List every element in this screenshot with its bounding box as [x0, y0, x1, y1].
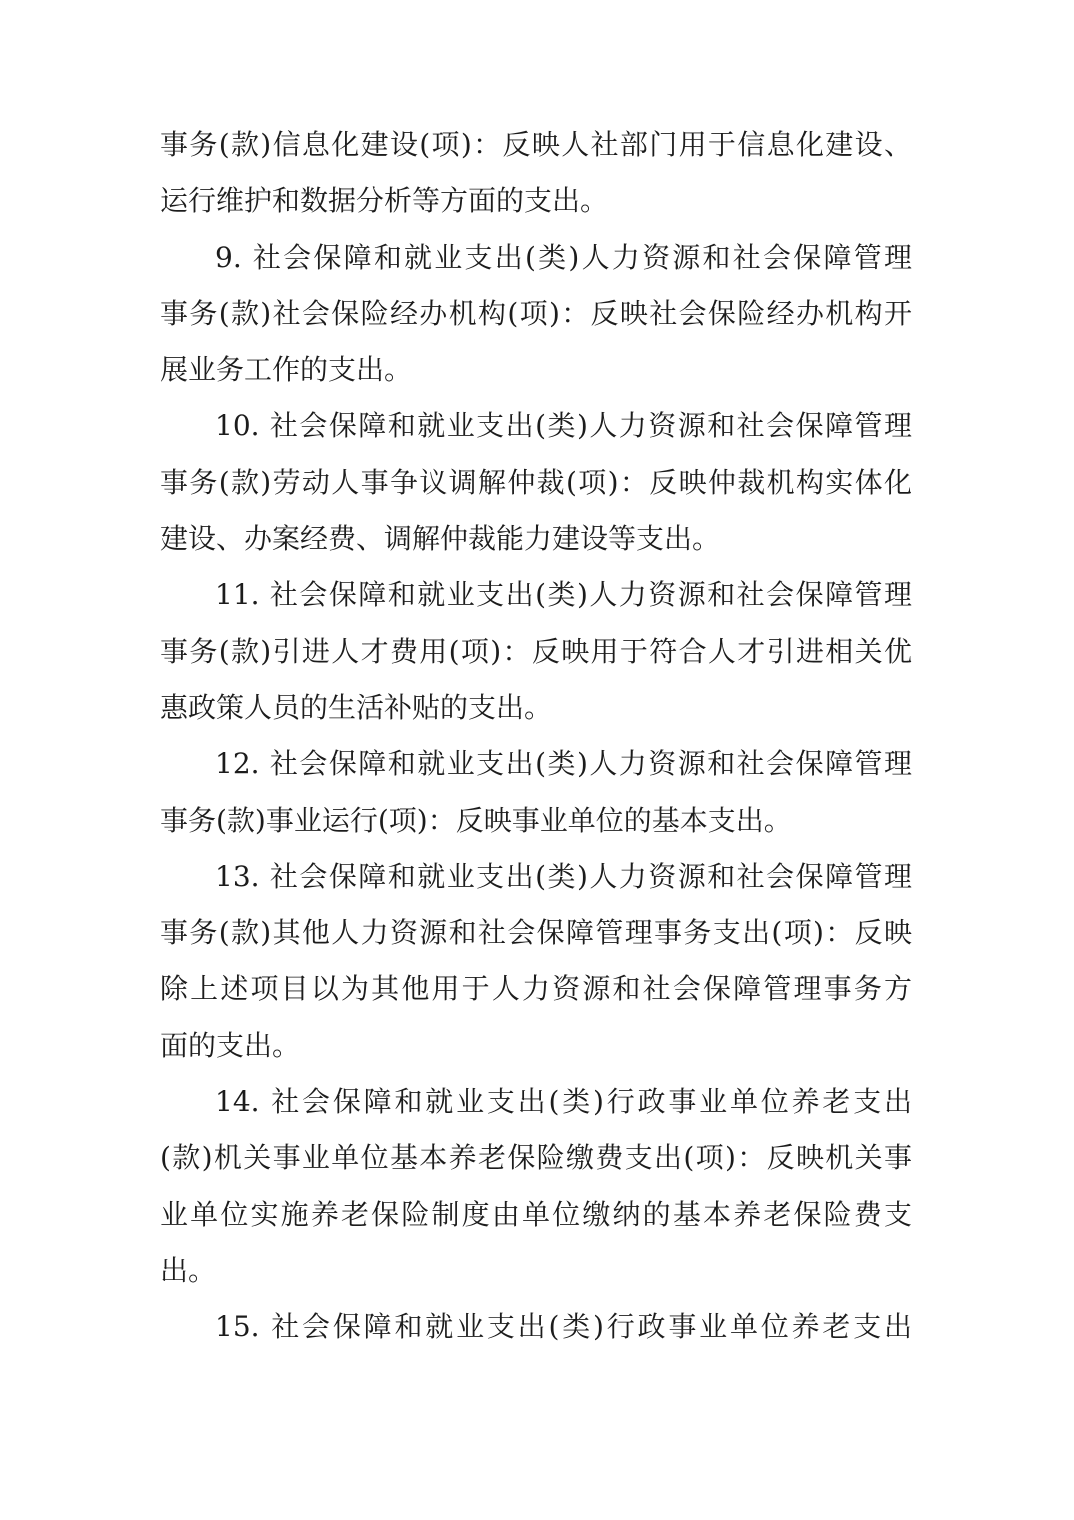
text-line: 业单位实施养老保险制度由单位缴纳的基本养老保险费支: [160, 1187, 912, 1243]
text-line: 面的支出。: [160, 1018, 912, 1074]
text-line: 惠政策人员的生活补贴的支出。: [160, 680, 912, 736]
text-line: 13. 社会保障和就业支出(类)人力资源和社会保障管理: [160, 849, 912, 905]
text-line: 建设、办案经费、调解仲裁能力建设等支出。: [160, 511, 912, 567]
text-line: 出。: [160, 1243, 912, 1299]
text-line: 12. 社会保障和就业支出(类)人力资源和社会保障管理: [160, 736, 912, 792]
text-line: 事务(款)劳动人事争议调解仲裁(项)：反映仲裁机构实体化: [160, 455, 912, 511]
document-page: 事务(款)信息化建设(项)：反映人社部门用于信息化建设、运行维护和数据分析等方面…: [160, 117, 912, 1356]
text-line: 事务(款)社会保险经办机构(项)：反映社会保险经办机构开: [160, 286, 912, 342]
text-line: (款)机关事业单位基本养老保险缴费支出(项)：反映机关事: [160, 1130, 912, 1186]
text-line: 展业务工作的支出。: [160, 342, 912, 398]
text-line: 事务(款)事业运行(项)：反映事业单位的基本支出。: [160, 793, 912, 849]
text-line: 11. 社会保障和就业支出(类)人力资源和社会保障管理: [160, 567, 912, 623]
text-line: 事务(款)引进人才费用(项)：反映用于符合人才引进相关优: [160, 624, 912, 680]
text-line: 10. 社会保障和就业支出(类)人力资源和社会保障管理: [160, 398, 912, 454]
text-line: 除上述项目以为其他用于人力资源和社会保障管理事务方: [160, 961, 912, 1017]
text-line: 9. 社会保障和就业支出(类)人力资源和社会保障管理: [160, 230, 912, 286]
text-line: 事务(款)其他人力资源和社会保障管理事务支出(项)：反映: [160, 905, 912, 961]
text-line: 事务(款)信息化建设(项)：反映人社部门用于信息化建设、: [160, 117, 912, 173]
text-lines: 事务(款)信息化建设(项)：反映人社部门用于信息化建设、运行维护和数据分析等方面…: [160, 117, 912, 1356]
text-line: 运行维护和数据分析等方面的支出。: [160, 173, 912, 229]
text-line: 14. 社会保障和就业支出(类)行政事业单位养老支出: [160, 1074, 912, 1130]
text-line: 15. 社会保障和就业支出(类)行政事业单位养老支出: [160, 1299, 912, 1355]
